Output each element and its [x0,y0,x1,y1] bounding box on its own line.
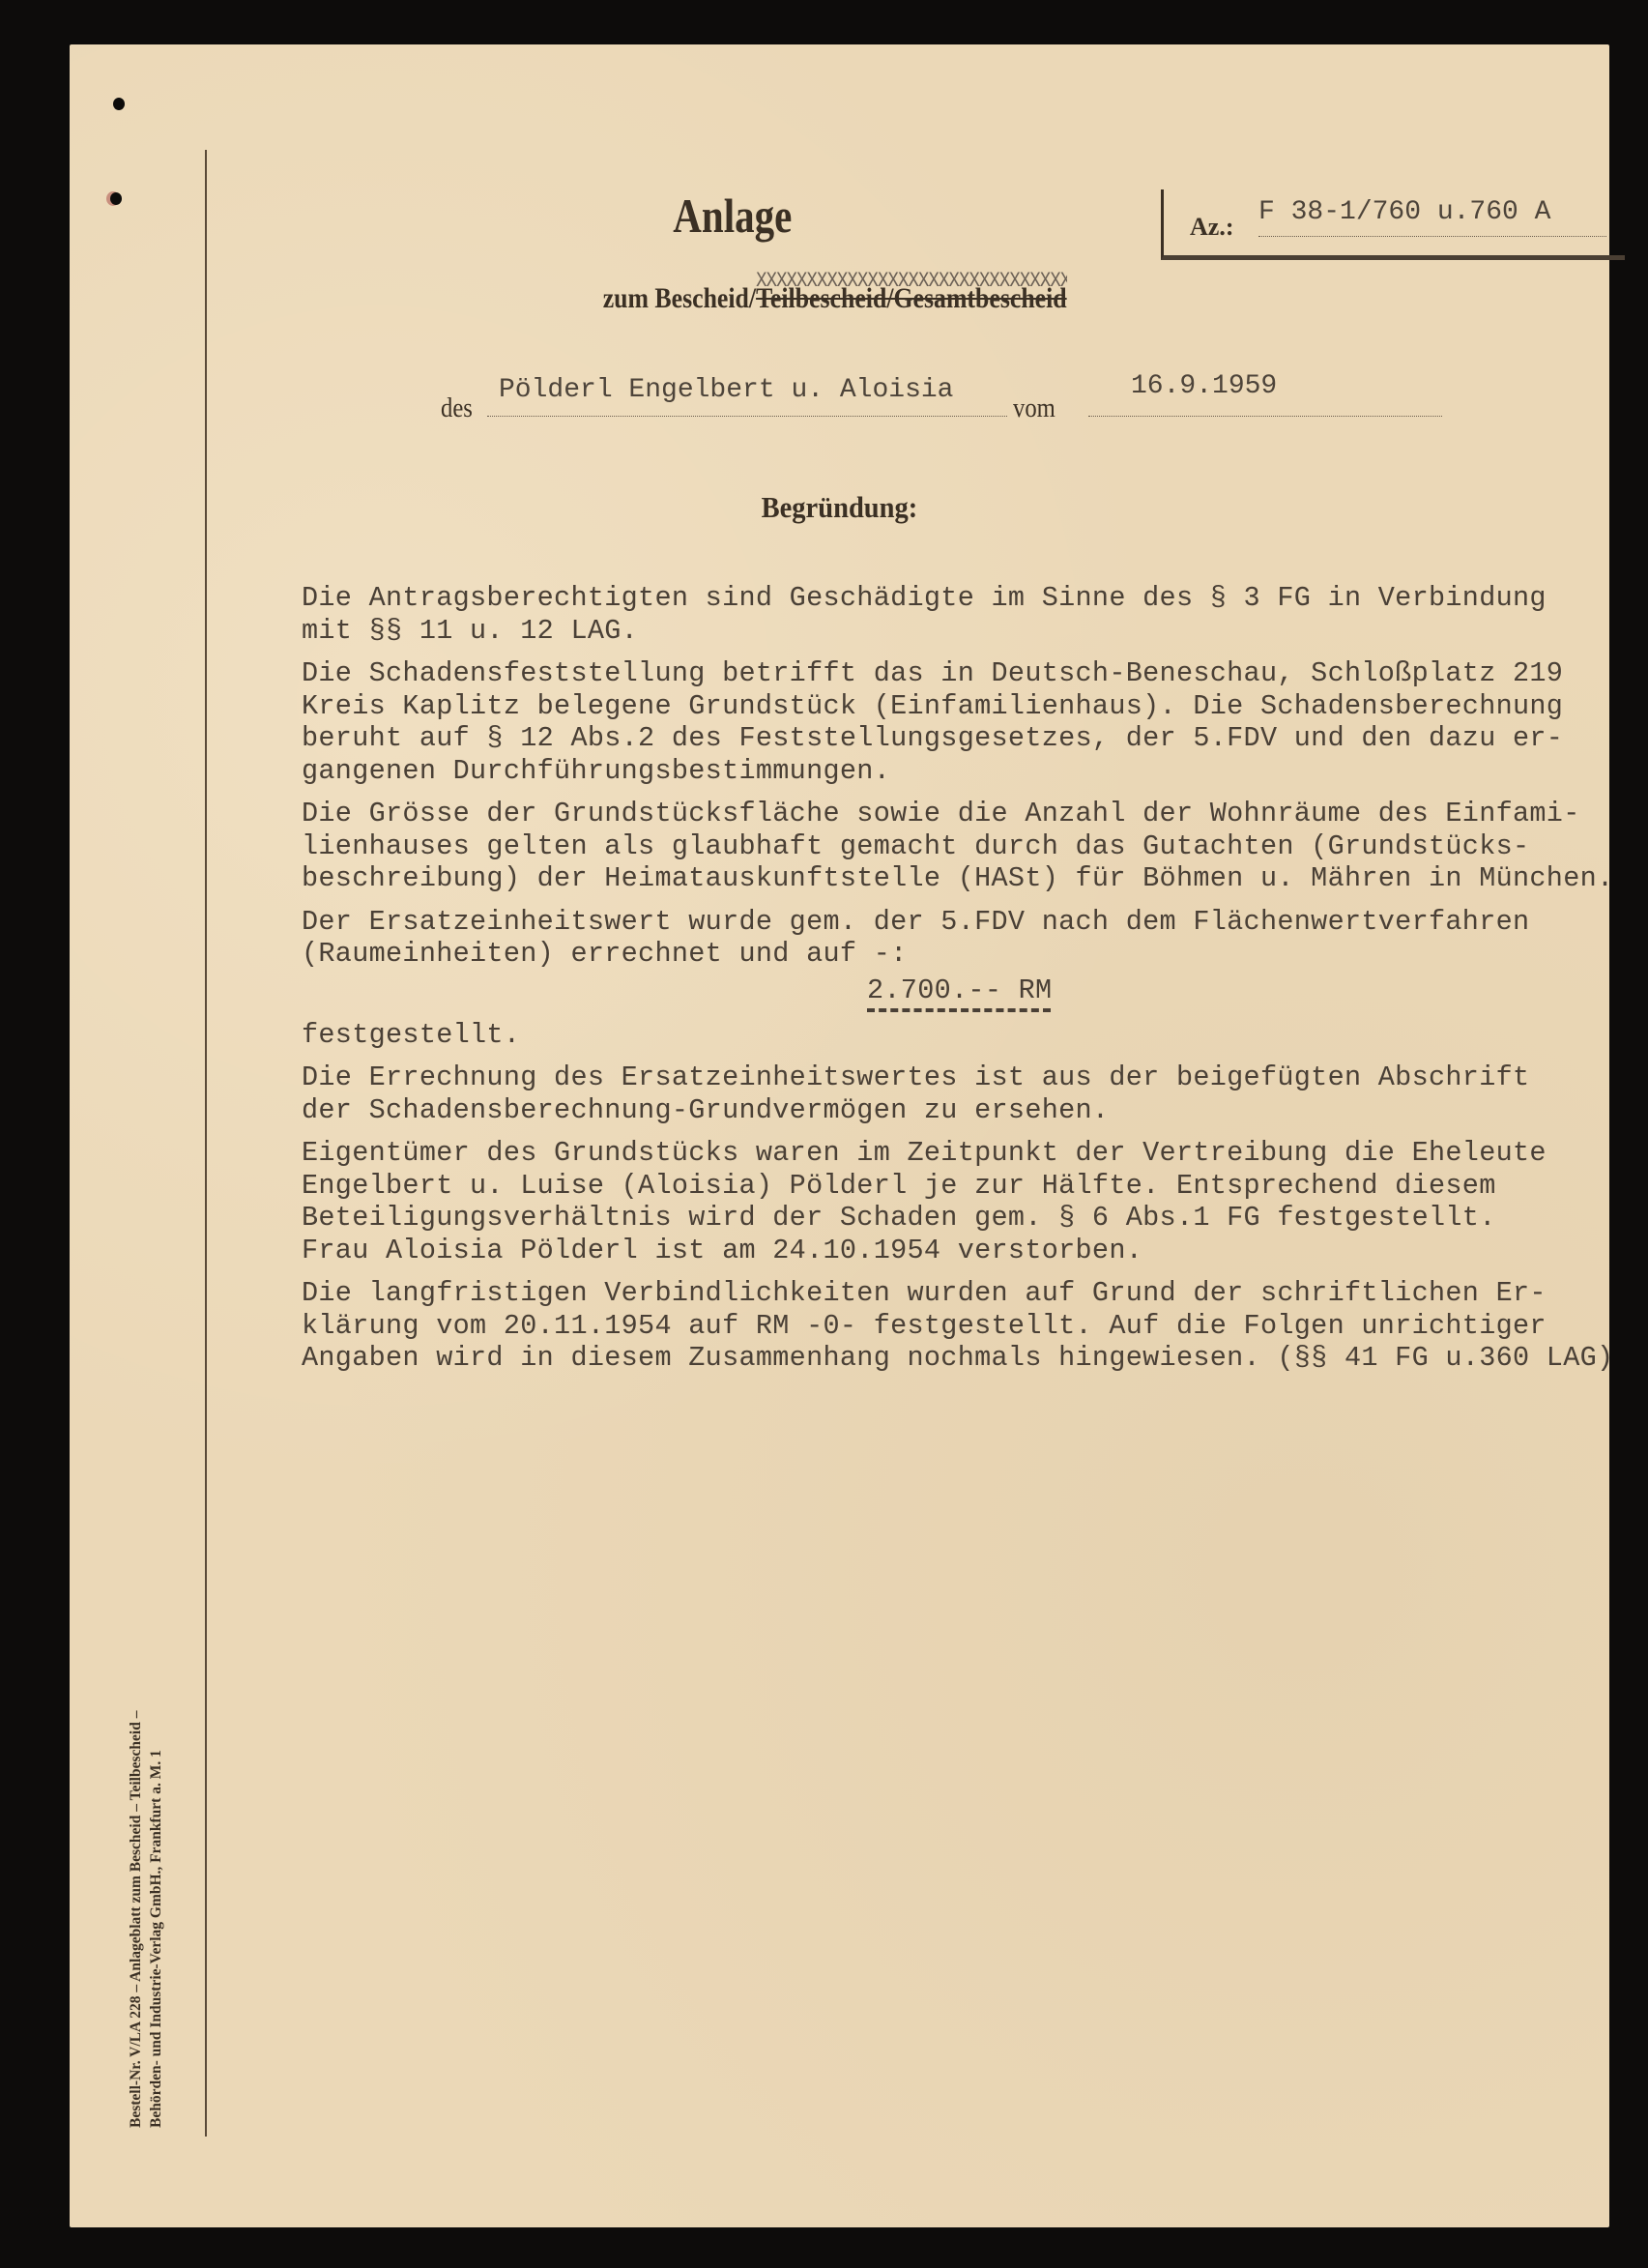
punch-hole [110,192,122,205]
text-line: Angaben wird in diesem Zusammenhang noch… [302,1342,1648,1375]
amount-double-underline [867,1008,1051,1012]
document-page: Bestell-Nr. V/LA 228 – Anlageblatt zum B… [70,44,1609,2227]
paragraph-1: Die Antragsberechtigten sind Geschädigte… [302,582,1648,647]
subtitle: zum Bescheid/Teilbescheid/Gesamtbescheid… [173,282,1497,315]
subtitle-struck: Teilbescheid/GesamtbescheidXXXXXXXXXXXXX… [756,282,1067,314]
body-text: Die Antragsberechtigten sind Geschädigte… [302,582,1648,1385]
amount-block: 2.700.-- RM [302,974,1648,1019]
text-line: Die Antragsberechtigten sind Geschädigte… [302,582,1648,615]
vom-label: vom [1013,393,1055,424]
margin-line [205,150,207,2137]
paragraph-2: Die Schadensfeststellung betrifft das in… [302,657,1648,787]
text-line: klärung vom 20.11.1954 auf RM -0- festge… [302,1310,1648,1343]
date-field: 16.9.1959 [1088,383,1442,417]
paragraph-5: Die Errechnung des Ersatzeinheitswertes … [302,1061,1648,1126]
recipient-date-row: des Pölderl Engelbert u. Aloisia vom 16.… [441,383,1456,422]
imprint-line-2: Behörden- und Industrie-Verlag GmbH., Fr… [146,1711,166,2128]
publisher-imprint: Bestell-Nr. V/LA 228 – Anlageblatt zum B… [126,1711,166,2128]
section-heading: Begründung: [131,490,1548,525]
aktenzeichen-box: Az.: F 38-1/760 u.760 A [1161,189,1625,260]
text-line: mit §§ 11 u. 12 LAG. [302,615,1648,648]
text-line: (Raumeinheiten) errechnet und auf -: [302,938,1648,971]
text-line: Die Schadensfeststellung betrifft das in… [302,657,1648,690]
text-line: der Schadensberechnung-Grundvermögen zu … [302,1094,1648,1127]
text-line: Eigentümer des Grundstücks waren im Zeit… [302,1137,1648,1170]
text-line: beschreibung) der Heimatauskunftstelle (… [302,862,1648,895]
text-line: Beteiligungsverhältnis wird der Schaden … [302,1202,1648,1235]
text-line: beruht auf § 12 Abs.2 des Feststellungsg… [302,722,1648,755]
des-label: des [441,393,473,424]
text-line: lienhauses gelten als glaubhaft gemacht … [302,830,1648,863]
punch-hole [113,98,125,110]
imprint-line-1: Bestell-Nr. V/LA 228 – Anlageblatt zum B… [126,1711,146,2128]
text-line: Der Ersatzeinheitswert wurde gem. der 5.… [302,906,1648,939]
paragraph-3: Die Grösse der Grundstücksfläche sowie d… [302,798,1648,895]
text-line: Die langfristigen Verbindlichkeiten wurd… [302,1277,1648,1310]
overstrike-marks: XXXXXXXXXXXXXXXXXXXXXXXXXXXXXXXXX [756,269,1067,293]
date-value: 16.9.1959 [1131,371,1277,401]
text-line: Engelbert u. Luise (Aloisia) Pölderl je … [302,1170,1648,1203]
text-line: gangenen Durchführungsbestimmungen. [302,755,1648,788]
text-line: Die Errechnung des Ersatzeinheitswertes … [302,1061,1648,1094]
text-line: Frau Aloisia Pölderl ist am 24.10.1954 v… [302,1235,1648,1267]
text-line: Kreis Kaplitz belegene Grundstück (Einfa… [302,690,1648,723]
page-title: Anlage [233,188,1231,244]
paragraph-4: Der Ersatzeinheitswert wurde gem. der 5.… [302,906,1648,971]
paragraph-6: Eigentümer des Grundstücks waren im Zeit… [302,1137,1648,1266]
recipient-field: Pölderl Engelbert u. Aloisia [487,383,1007,417]
aktenzeichen-label: Az.: [1190,213,1233,242]
recipient-value: Pölderl Engelbert u. Aloisia [499,375,953,405]
aktenzeichen-value: F 38-1/760 u.760 A [1258,197,1606,237]
amount-suffix: festgestellt. [302,1019,1648,1052]
amount-value: 2.700.-- RM [867,974,1052,1007]
paragraph-7: Die langfristigen Verbindlichkeiten wurd… [302,1277,1648,1375]
subtitle-active: zum Bescheid/ [603,282,756,314]
text-line: Die Grösse der Grundstücksfläche sowie d… [302,798,1648,830]
